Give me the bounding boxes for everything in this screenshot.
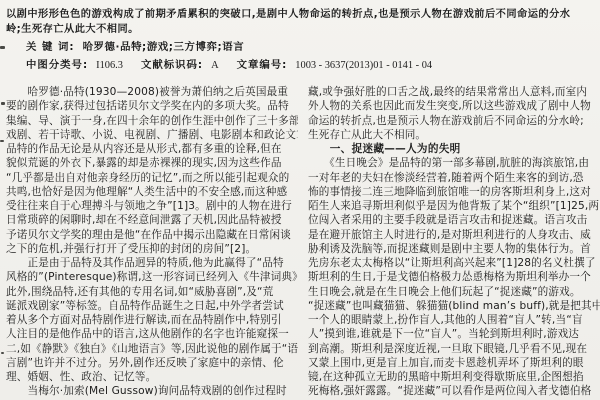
keywords-row: 关 键 词:哈罗德·品特;游戏;三方博弈;语言 bbox=[6, 40, 596, 55]
body-text-line: 是在避开旅馆主人时进行的,是对斯坦利进行的人身攻击、威 bbox=[308, 228, 600, 242]
body-text-line: 集编、导、演于一身,在四十余年的创作生涯中创作了三十多部 bbox=[6, 114, 298, 128]
body-text-line: 言剧”也许并不过分。另外,剧作还反映了家庭中的亲情、伦 bbox=[6, 356, 298, 370]
body-text-line: 镜,在这种孤立无助的黑暗中斯坦利变得歇斯底里,企图想掐 bbox=[308, 370, 600, 384]
body-text-line: 生日晚会,就是在生日晚会上他们玩起了“捉迷藏”的游戏。 bbox=[308, 285, 600, 299]
keywords-value: 哈罗德·品特;游戏;三方博弈;语言 bbox=[83, 41, 245, 53]
abstract-line: 岭;生死存亡从此大不相同。 bbox=[6, 22, 596, 37]
body-text-line: 斯坦利的生日,于是戈德伯格极力怂恿梅格为斯坦利举办一个 bbox=[308, 270, 600, 284]
body-text-line: “几乎都是出自对他亲身经历的记忆”,而之所以能引起观众的 bbox=[6, 171, 298, 185]
body-text-line: 当梅尔·加索(Mel Gussow)询问品特戏剧的创作过程时 bbox=[6, 384, 298, 398]
scan-artifact bbox=[1, 352, 4, 354]
body-text-line: 哈罗德·品特(1930—2008)被誉为萧伯纳之后英国最重 bbox=[6, 85, 298, 99]
body-text-line: 貌似荒诞的外衣下,暴露的却是赤裸裸的现实,因为这些作品 bbox=[6, 156, 298, 170]
body-text-line: 戏剧、若干诗歌、小说、电视剧、广播剧、电影剧本和政论文章。 bbox=[6, 128, 298, 142]
body-text-line: 位闯入者采用的主要手段就是语言攻击和捉迷藏。语言攻击 bbox=[308, 213, 600, 227]
body-text-line: 品特的作品无论是从内容还是从形式,都有多重的诠释,但在 bbox=[6, 142, 298, 156]
body-text-line: 《生日晚会》是品特的第一部多幕剧,肮脏的海滨旅馆,由 bbox=[308, 156, 600, 170]
scanned-paper-page: 以剧中形形色色的游戏构成了前期矛盾累积的突破口,是剧中人物命运的转折点,也是预示… bbox=[0, 0, 600, 400]
body-text-line: 要的剧作家,获得过包括诺贝尔文学奖在内的多项大奖。品特 bbox=[6, 99, 298, 113]
body-text-line: 一个人的眼睛蒙上,扮作盲人,其他的人围着“盲人”转,当“盲 bbox=[308, 313, 600, 327]
body-text-line: 着从多个方面对品特剧作进行解读,而在品特剧作中,特别引 bbox=[6, 313, 298, 327]
body-text-line: 生死存亡从此大不相同。 bbox=[308, 128, 600, 142]
body-text-line: 陌生人来追寻斯坦利似乎是因为他背叛了某个“组织”[1]25,两 bbox=[308, 199, 600, 213]
body-text-line: 人”摸到谁,谁就是下一位“盲人”。当轮到斯坦利时,游戏达 bbox=[308, 327, 600, 341]
document-code-value: A bbox=[211, 60, 219, 71]
left-column: 哈罗德·品特(1930—2008)被誉为萧伯纳之后英国最重 要的剧作家,获得过包… bbox=[6, 85, 298, 399]
clc-label: 中图分类号: bbox=[26, 59, 88, 71]
body-text-line: 人注目的是他作品中的语言,这从他剧作的名字也许能窥探一 bbox=[6, 327, 298, 341]
scan-artifact bbox=[0, 140, 4, 142]
body-text-line: 日常琐碎的闲聊时,却在不经意间泄露了天机,因此品特被授 bbox=[6, 213, 298, 227]
body-text-line: “捉迷藏”也叫藏猫猫、躲猫猫(blind man’s buff),就是把其中 bbox=[308, 299, 600, 313]
body-text-line: 死梅格,强奸露露。“捉迷藏”可以看作是两位闯入者戈德伯格 bbox=[308, 384, 600, 398]
body-text-line: 共鸣,也恰好是因为他理解“人类生活中的不安全感,而这种感 bbox=[6, 185, 298, 199]
scan-artifact bbox=[1, 102, 5, 105]
body-text-line: 先房东老太太梅格以“让斯坦利高兴起来”[1]28的名义杜撰了 bbox=[308, 256, 600, 270]
body-text-line: 风格的”(Pinteresque)称谓,这一形容词已经列入《牛津词典》, bbox=[6, 270, 298, 284]
body-text-line: 之下的危机,并强行打开了受压抑的封闭的房间”[2]。 bbox=[6, 242, 298, 256]
body-text-line: 胁利诱及洗脑等,而捉迷藏则是剧中主要人物的集体行为。首 bbox=[308, 242, 600, 256]
body-text-line: 二,如《静默》《独白》《山地语言》等,因此说他的剧作属于“语 bbox=[6, 342, 298, 356]
body-text-line: 又蒙上围巾,更是盲上加盲,而麦卡恩趁机弄坏了斯坦利的眼 bbox=[308, 356, 600, 370]
keywords-label: 关 键 词: bbox=[26, 41, 75, 53]
article-id-value: 1003 - 3637(2013)01 - 0141 - 04 bbox=[295, 60, 432, 71]
body-text-line: 正是由于品特及其作品迥异的特质,他为此赢得了“品特 bbox=[6, 256, 298, 270]
body-text-line: 受往往来自于心理搏斗与领地之争”[1]3。剧中的人物在进行 bbox=[6, 199, 298, 213]
body-text-line: 此外,围绕品特,还有其他的专用名词,如“威胁喜剧”,及“荒 bbox=[6, 285, 298, 299]
abstract-line: 以剧中形形色色的游戏构成了前期矛盾累积的突破口,是剧中人物命运的转折点,也是预示… bbox=[6, 7, 596, 22]
body-columns: 哈罗德·品特(1930—2008)被誉为萧伯纳之后英国最重 要的剧作家,获得过包… bbox=[6, 85, 596, 399]
classification-row: 中图分类号:I106.3文献标识码:A文章编号:1003 - 3637(2013… bbox=[6, 58, 596, 73]
body-text-line: 到高潮。斯坦利是深度近视,一旦取下眼镜,几乎看不见,现在 bbox=[308, 342, 600, 356]
body-text-line: 诞派戏剧家”等标签。自品特作品诞生之日起,中外学者尝试 bbox=[6, 299, 298, 313]
body-text-line: 外人物的关系也因此而发生突变,所以这些游戏成了剧中人物 bbox=[308, 99, 600, 113]
body-text-line: 藏,或争强好胜的口舌之战,最终的结果常常出人意料,而室内 bbox=[308, 85, 600, 99]
article-id-label: 文章编号: bbox=[237, 59, 288, 71]
body-text-line: 怖的事情接二连三地降临到旅馆唯一的房客斯坦利身上,这对 bbox=[308, 185, 600, 199]
body-text-line: 理、婚姻、性、政治、记忆等。 bbox=[6, 370, 298, 384]
abstract-block: 以剧中形形色色的游戏构成了前期矛盾累积的突破口,是剧中人物命运的转折点,也是预示… bbox=[6, 7, 596, 37]
body-text-line: 一对年老的夫妇在惨淡经营着,随着两个陌生来客的到访,恐 bbox=[308, 171, 600, 185]
body-text-line: 予诺贝尔文学奖的理由是他“在作品中揭示出隐藏在日常闲谈 bbox=[6, 228, 298, 242]
document-code-label: 文献标识码: bbox=[141, 59, 203, 71]
scan-artifact bbox=[0, 46, 5, 49]
right-column: 藏,或争强好胜的口舌之战,最终的结果常常出人意料,而室内 外人物的关系也因此而发… bbox=[308, 85, 600, 399]
section-heading: 一、捉迷藏——人为的失明 bbox=[308, 142, 600, 156]
clc-value: I106.3 bbox=[96, 60, 123, 71]
body-text-line: 命运的转折点,也是预示人物在游戏前后不同命运的分水岭; bbox=[308, 114, 600, 128]
